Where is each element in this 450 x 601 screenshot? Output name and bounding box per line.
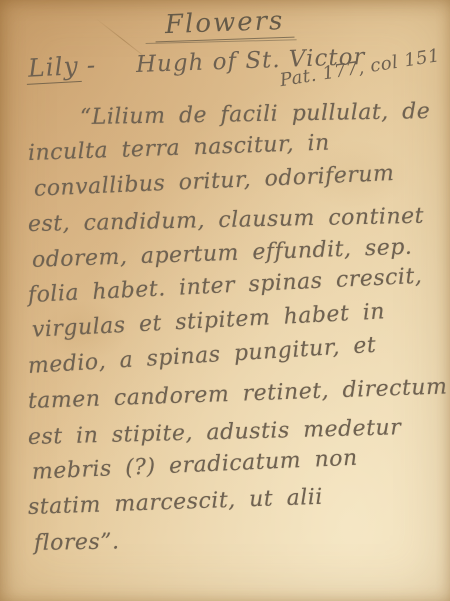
note-card: Flowers Lily- Hugh of St. Victor Pat. 17… [0,0,450,601]
entry-term-text: Lily [25,51,81,85]
page-title: Flowers [155,6,295,43]
entry-header: Lily- Hugh of St. Victor Pat. 177, col 1… [26,52,442,92]
quote-block: “Lilium de facili pullulat, de inculta t… [28,101,440,561]
page-title-wrap: Flowers [0,8,450,40]
entry-term: Lily- [25,50,97,83]
entry-term-dash: - [86,50,97,79]
quote-line: flores”. [28,519,441,562]
